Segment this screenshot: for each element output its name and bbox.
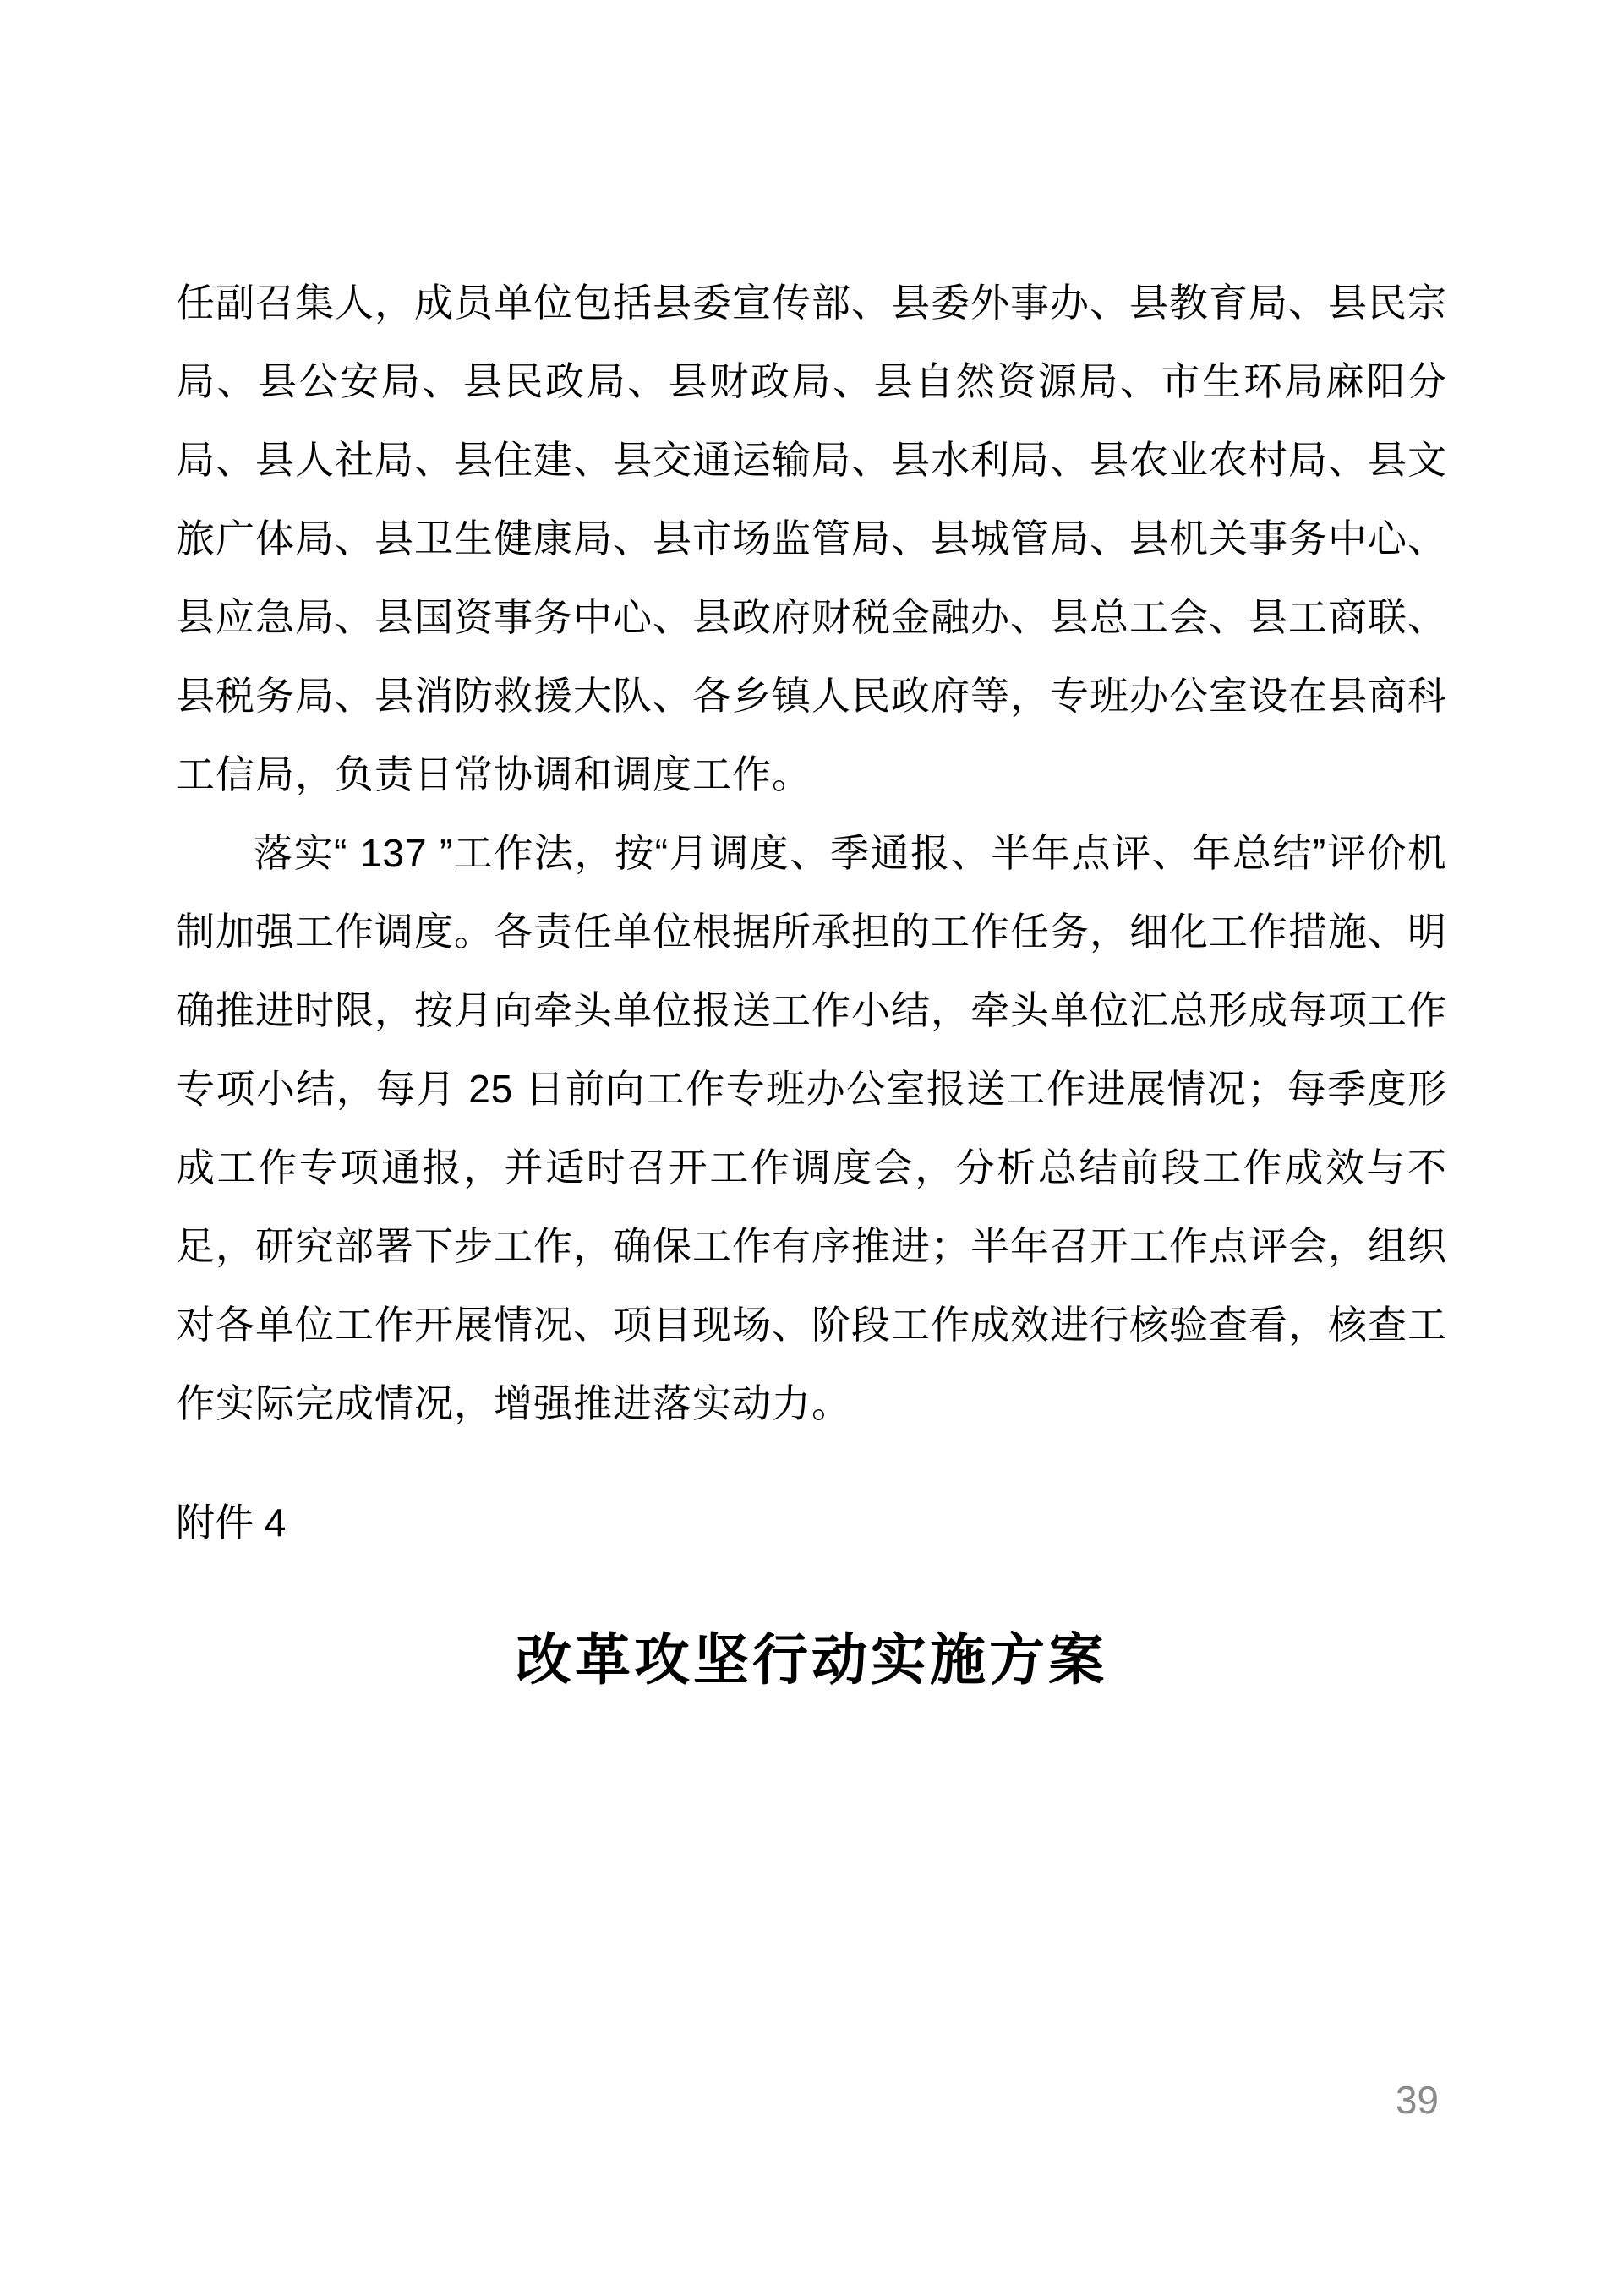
document-page: 任副召集人，成员单位包括县委宣传部、县委外事办、县教育局、县民宗局、县公安局、县… [0, 0, 1623, 2296]
body-paragraph-1: 任副召集人，成员单位包括县委宣传部、县委外事办、县教育局、县民宗局、县公安局、县… [176, 264, 1447, 814]
attachment-label: 附件 4 [176, 1497, 1447, 1548]
document-content: 任副召集人，成员单位包括县委宣传部、县委外事办、县教育局、县民宗局、县公安局、县… [176, 264, 1447, 1693]
body-paragraph-2: 落实“ 137 ”工作法，按“月调度、季通报、半年点评、年总结”评价机制加强工作… [176, 814, 1447, 1443]
page-number: 39 [1396, 2076, 1439, 2124]
document-title: 改革攻坚行动实施方案 [176, 1626, 1447, 1693]
